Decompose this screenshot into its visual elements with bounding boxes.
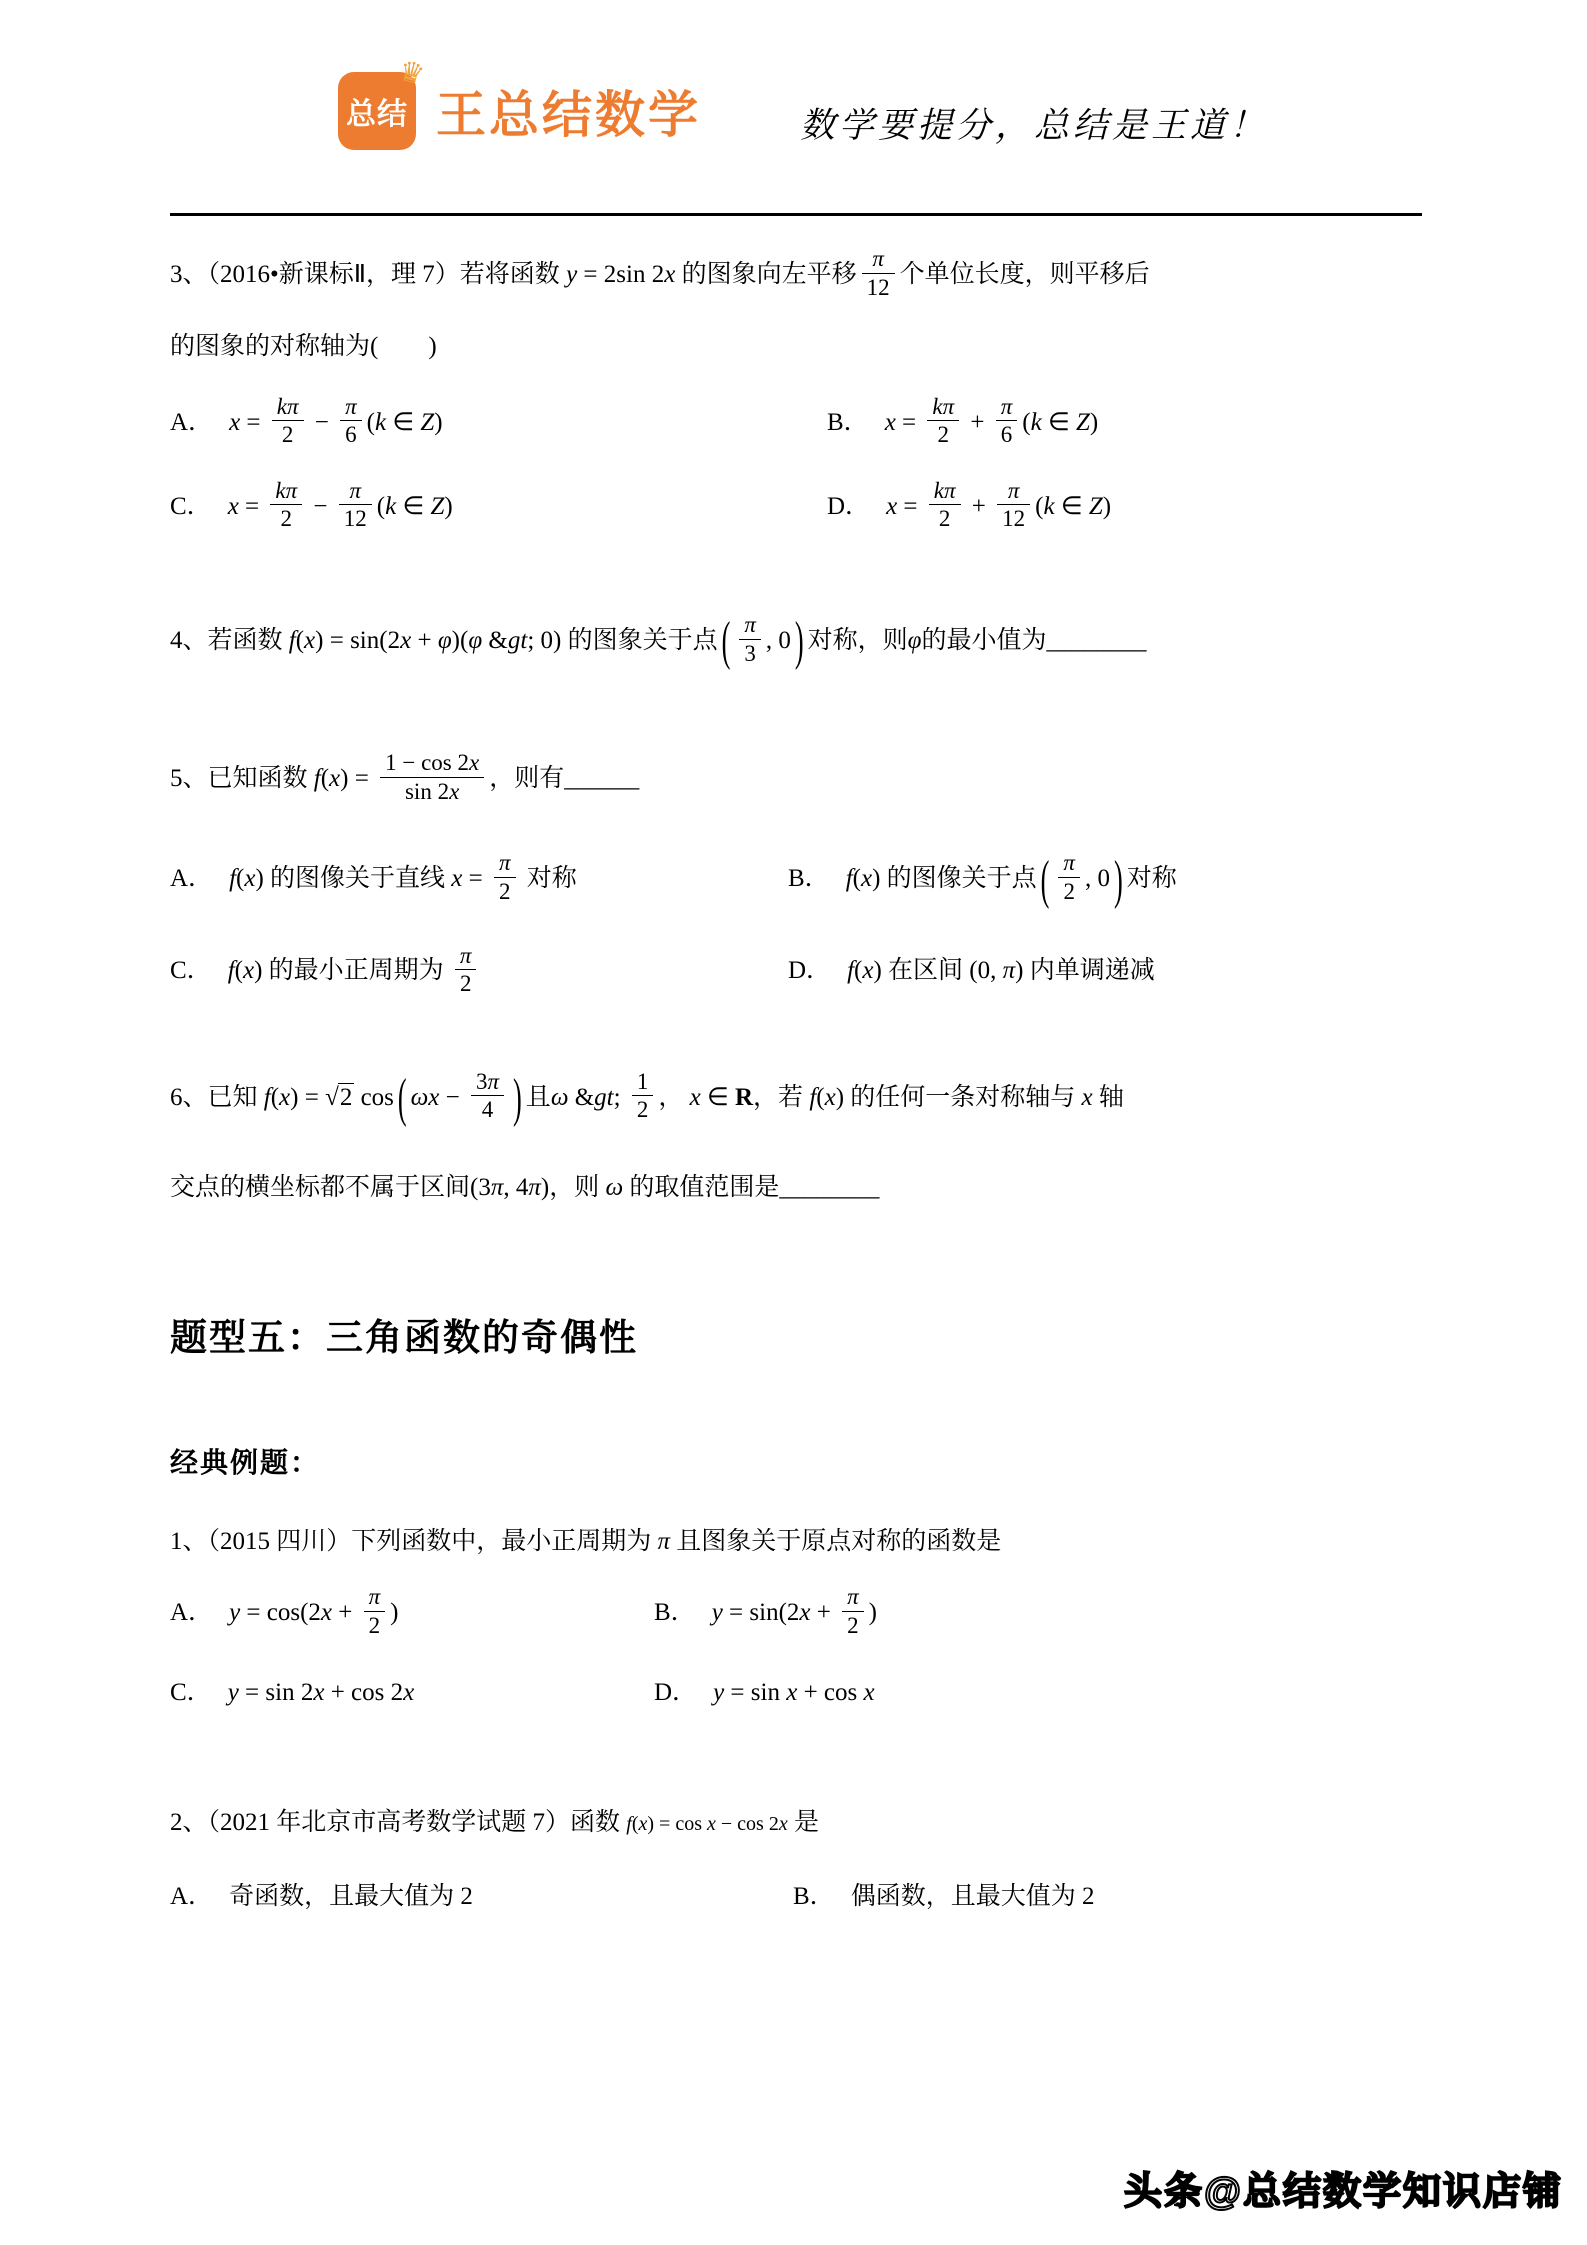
option-b: B．x = kπ2 + π6(k ∈ Z): [827, 396, 1098, 452]
example-2-line: 2、（2021 年北京市高考数学试题 7）函数 f(x) = cos x − c…: [170, 1804, 1430, 1842]
question-6-line-1: 6、已知 f(x) = √2 cos(ωx − 3π4)且ω &gt; 12， …: [170, 1071, 1430, 1127]
logo-badge-text: 总结: [346, 89, 408, 133]
option-label: C．: [170, 1679, 212, 1706]
subsection-title: 经典例题：: [170, 1441, 1430, 1481]
option-label: B．: [793, 1883, 835, 1910]
watermark: 头条@总结数学知识店铺: [1124, 2160, 1563, 2215]
option-c: C．f(x) 的最小正周期为 π2: [170, 945, 788, 1001]
option-formula: f(x) 的图像关于直线 x = π2 对称: [229, 865, 577, 892]
option-text: 奇函数，且最大值为 2: [229, 1883, 473, 1910]
option-a: A．y = cos(2x + π2): [170, 1586, 654, 1642]
example-1-line: 1、（2015 四川）下列函数中，最小正周期为 π 且图象关于原点对称的函数是: [170, 1523, 1430, 1561]
question-3-line-1: 3、（2016•新课标Ⅱ，理 7）若将函数 y = 2sin 2x 的图象向左平…: [170, 248, 1430, 304]
question-6-line-2: 交点的横坐标都不属于区间(3π, 4π)，则 ω 的取值范围是________: [170, 1169, 1430, 1207]
option-label: A．: [170, 1883, 213, 1910]
option-formula: f(x) 的图像关于点(π2, 0)对称: [846, 865, 1177, 892]
brand-logo: ♛ 总结 王总结数学: [338, 72, 701, 150]
option-a: A．奇函数，且最大值为 2: [170, 1876, 793, 1912]
worksheet-page: ♛ 总结 王总结数学 数学要提分，总结是王道！ 3、（2016•新课标Ⅱ，理 7…: [0, 0, 1587, 2245]
question-3-line-2: 的图象的对称轴为( ): [170, 328, 1430, 366]
crown-icon: ♛: [395, 53, 428, 92]
option-formula: y = sin(2x + π2): [712, 1599, 877, 1626]
option-formula: f(x) 的最小正周期为 π2: [228, 957, 482, 984]
option-formula: x = kπ2 − π12(k ∈ Z): [228, 493, 453, 520]
option-formula: x = kπ2 − π6(k ∈ Z): [229, 409, 443, 436]
option-label: A．: [170, 409, 213, 436]
option-formula: y = cos(2x + π2): [229, 1599, 398, 1626]
option-formula: x = kπ2 + π12(k ∈ Z): [886, 493, 1111, 520]
option-label: D．: [654, 1679, 697, 1706]
option-c: C．y = sin 2x + cos 2x: [170, 1672, 654, 1708]
option-a: A．x = kπ2 − π6(k ∈ Z): [170, 396, 827, 452]
option-b: B．偶函数，且最大值为 2: [793, 1876, 1094, 1912]
question-4-line: 4、若函数 f(x) = sin(2x + φ)(φ &gt; 0) 的图象关于…: [170, 614, 1430, 670]
e2-options-row-ab: A．奇函数，且最大值为 2 B．偶函数，且最大值为 2: [170, 1876, 1430, 1912]
option-label: B．: [788, 865, 830, 892]
option-label: C．: [170, 957, 212, 984]
header-divider: [170, 213, 1422, 216]
option-label: B．: [827, 409, 869, 436]
tagline: 数学要提分，总结是王道！: [800, 98, 1268, 148]
option-d: D．y = sin x + cos x: [654, 1672, 875, 1708]
q3-options-row-ab: A．x = kπ2 − π6(k ∈ Z) B．x = kπ2 + π6(k ∈…: [170, 396, 1430, 452]
option-b: B．f(x) 的图像关于点(π2, 0)对称: [788, 852, 1177, 908]
option-label: A．: [170, 1599, 213, 1626]
option-formula: f(x) 在区间 (0, π) 内单调递减: [847, 957, 1155, 984]
option-label: A．: [170, 865, 213, 892]
option-d: D．x = kπ2 + π12(k ∈ Z): [827, 480, 1111, 536]
option-formula: y = sin x + cos x: [713, 1679, 875, 1706]
e1-options-row-cd: C．y = sin 2x + cos 2x D．y = sin x + cos …: [170, 1672, 1430, 1708]
option-d: D．f(x) 在区间 (0, π) 内单调递减: [788, 950, 1155, 986]
question-5-line: 5、已知函数 f(x) = 1 − cos 2xsin 2x，则有______: [170, 752, 1430, 808]
option-c: C．x = kπ2 − π12(k ∈ Z): [170, 480, 827, 536]
option-formula: x = kπ2 + π6(k ∈ Z): [885, 409, 1099, 436]
document-body: 3、（2016•新课标Ⅱ，理 7）若将函数 y = 2sin 2x 的图象向左平…: [170, 240, 1430, 1912]
option-formula: y = sin 2x + cos 2x: [228, 1679, 415, 1706]
option-label: D．: [788, 957, 831, 984]
e1-options-row-ab: A．y = cos(2x + π2) B．y = sin(2x + π2): [170, 1586, 1430, 1642]
option-a: A．f(x) 的图像关于直线 x = π2 对称: [170, 852, 788, 908]
logo-badge: ♛ 总结: [338, 72, 416, 150]
q5-options-row-ab: A．f(x) 的图像关于直线 x = π2 对称 B．f(x) 的图像关于点(π…: [170, 852, 1430, 908]
option-text: 偶函数，且最大值为 2: [851, 1883, 1095, 1910]
option-label: B．: [654, 1599, 696, 1626]
option-label: C．: [170, 493, 212, 520]
option-b: B．y = sin(2x + π2): [654, 1586, 877, 1642]
logo-text: 王总结数学: [436, 75, 701, 147]
q5-options-row-cd: C．f(x) 的最小正周期为 π2 D．f(x) 在区间 (0, π) 内单调递…: [170, 945, 1430, 1001]
section-title: 题型五：三角函数的奇偶性: [170, 1307, 1430, 1361]
option-label: D．: [827, 493, 870, 520]
q3-options-row-cd: C．x = kπ2 − π12(k ∈ Z) D．x = kπ2 + π12(k…: [170, 480, 1430, 536]
